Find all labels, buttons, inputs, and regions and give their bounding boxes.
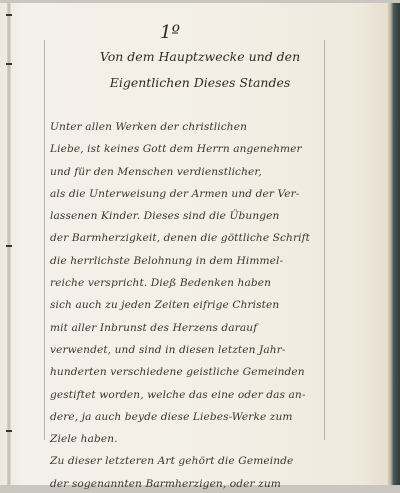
- page-gutter: [7, 3, 11, 485]
- text-line: als die Unterweisung der Armen und der V…: [50, 183, 325, 205]
- binding-stitch: [6, 63, 12, 65]
- chapter-heading: Von dem Hauptzwecke und den Eigentlichen…: [70, 44, 330, 96]
- heading-line: Eigentlichen Dieses Standes: [70, 70, 330, 96]
- text-line: Liebe, ist keines Gott dem Herrn angeneh…: [50, 138, 325, 160]
- text-line: und für den Menschen verdienstlicher,: [50, 161, 325, 183]
- text-line: der Barmherzigkeit, denen die göttliche …: [50, 227, 325, 249]
- text-line: Ziele haben.: [50, 428, 325, 450]
- heading-line: Von dem Hauptzwecke und den: [70, 44, 330, 70]
- page-number: 1º: [160, 22, 180, 43]
- manuscript-body: Unter allen Werken der christlichen Lieb…: [50, 116, 325, 493]
- binding-stitch: [6, 430, 12, 432]
- left-margin-rule: [44, 40, 45, 440]
- text-line: mit aller Inbrunst des Herzens darauf: [50, 317, 325, 339]
- text-line: gestiftet worden, welche das eine oder d…: [50, 384, 325, 406]
- binding-stitch: [6, 14, 12, 16]
- text-line: die herrlichste Belohnung in dem Himmel-: [50, 250, 325, 272]
- text-line: verwendet, und sind in diesen letzten Ja…: [50, 339, 325, 361]
- text-line: hunderten verschiedene geistliche Gemein…: [50, 361, 325, 383]
- text-line: Zu dieser letzteren Art gehört die Gemei…: [50, 450, 325, 472]
- text-line: Unter allen Werken der christlichen: [50, 116, 325, 138]
- text-line: lassenen Kinder. Dieses sind die Übungen: [50, 205, 325, 227]
- text-line: dere, ja auch beyde diese Liebes-Werke z…: [50, 406, 325, 428]
- text-line: reiche verspricht. Dieß Bedenken haben: [50, 272, 325, 294]
- text-line: der sogenannten Barmherzigen, oder zum: [50, 473, 325, 493]
- binding-stitch: [6, 245, 12, 247]
- text-line: sich auch zu jeden Zeiten eifrige Christ…: [50, 294, 325, 316]
- book-cover-edge: [388, 3, 400, 485]
